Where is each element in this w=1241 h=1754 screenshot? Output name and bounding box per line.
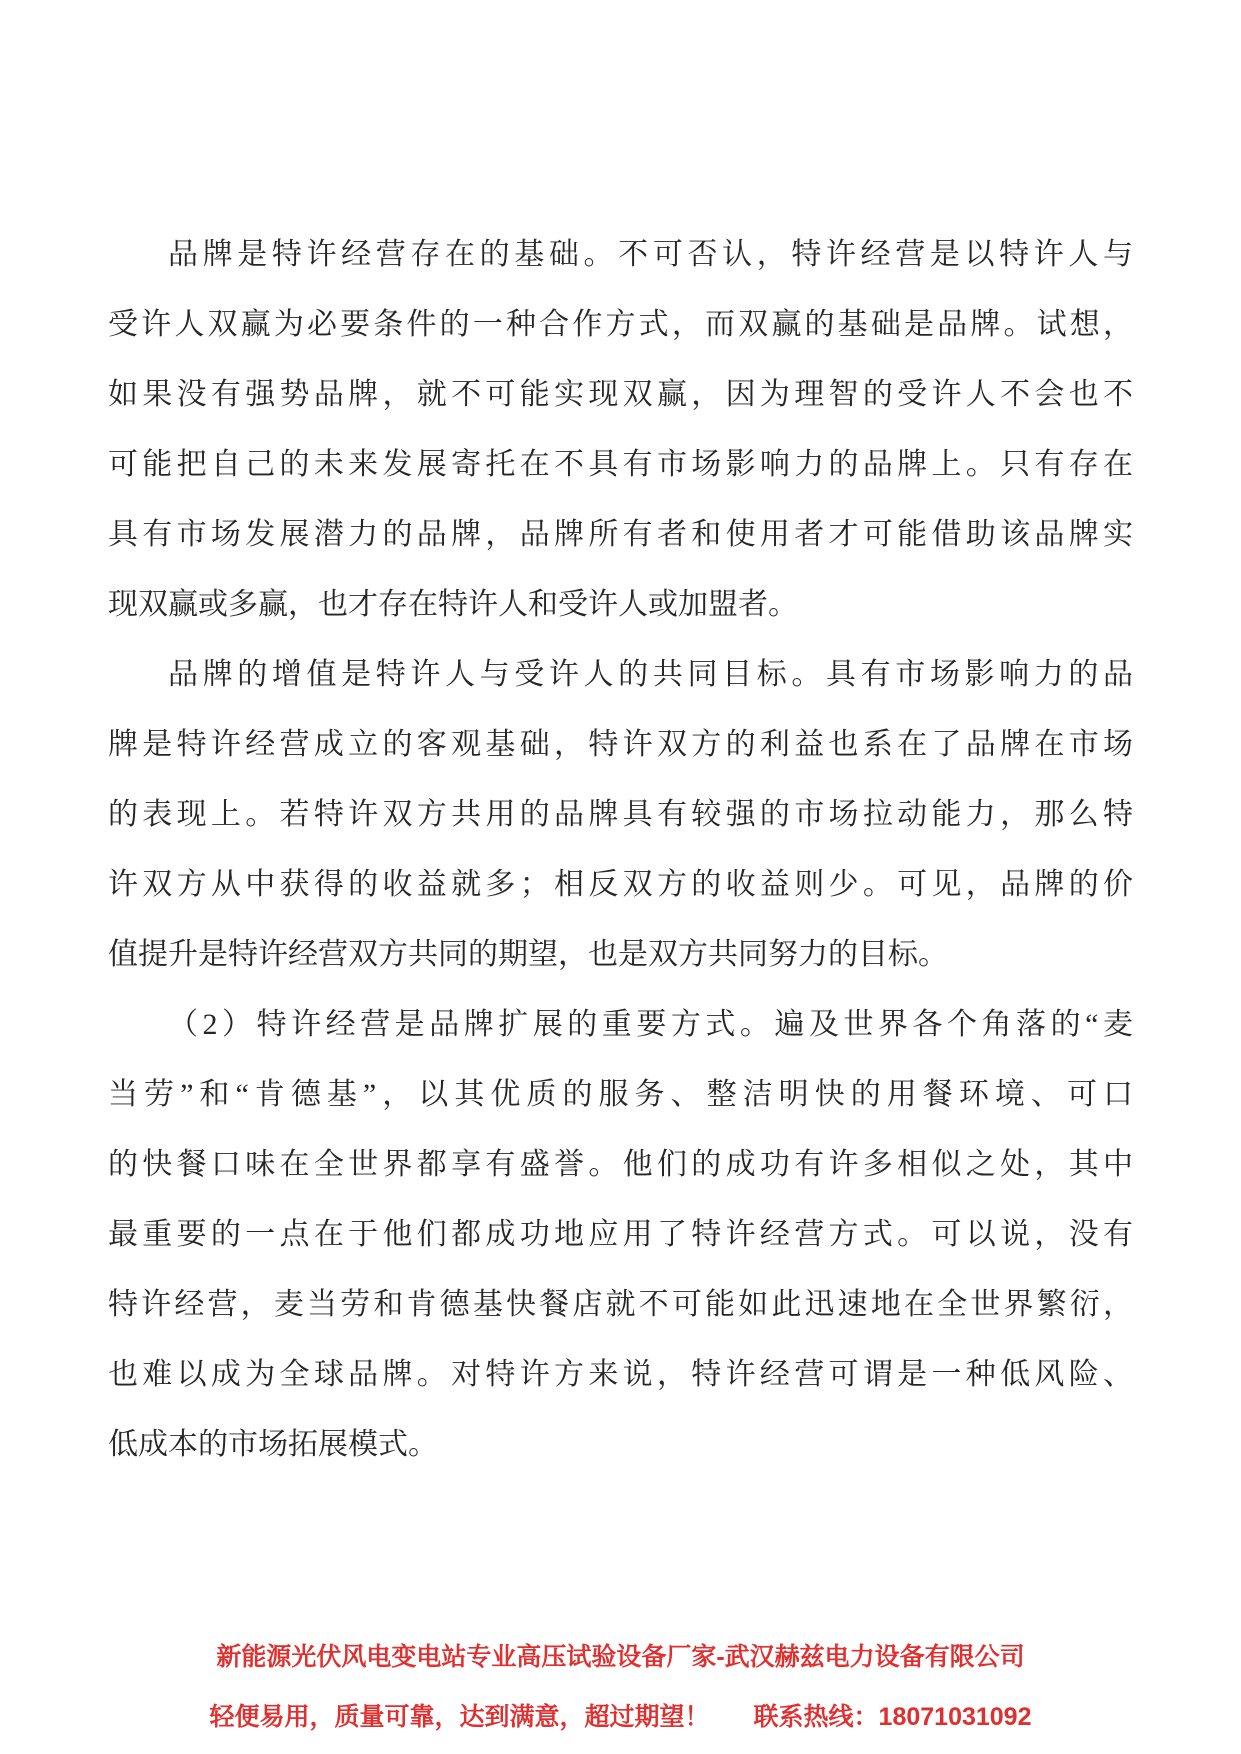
document-page: 品牌是特许经营存在的基础。不可否认，特许经营是以特许人与 受许人双赢为必要条件的… <box>0 0 1241 1754</box>
text-line: 当劳”和“肯德基”，以其优质的服务、整洁明快的用餐环境、可口 <box>108 1060 1133 1130</box>
text-line: 如果没有强势品牌，就不可能实现双赢，因为理智的受许人不会也不 <box>108 360 1133 430</box>
text-line: 牌是特许经营成立的客观基础，特许双方的利益也系在了品牌在市场 <box>108 710 1133 780</box>
page-footer: 新能源光伏风电变电站专业高压试验设备厂家-武汉赫兹电力设备有限公司 轻便易用，质… <box>0 1641 1241 1733</box>
text-line: 具有市场发展潜力的品牌，品牌所有者和使用者才可能借助该品牌实 <box>108 500 1133 570</box>
text-line: 品牌是特许经营存在的基础。不可否认，特许经营是以特许人与 <box>108 220 1133 290</box>
text-line: （2）特许经营是品牌扩展的重要方式。遍及世界各个角落的“麦 <box>108 990 1133 1060</box>
footer-company-banner: 新能源光伏风电变电站专业高压试验设备厂家-武汉赫兹电力设备有限公司 <box>206 1641 1036 1673</box>
paragraph-brand-expansion: （2）特许经营是品牌扩展的重要方式。遍及世界各个角落的“麦 当劳”和“肯德基”，… <box>108 990 1133 1480</box>
text-line: 受许人双赢为必要条件的一种合作方式，而双赢的基础是品牌。试想， <box>108 290 1133 360</box>
text-line: 值提升是特许经营双方共同的期望，也是双方共同努力的目标。 <box>108 920 1133 990</box>
footer-second-line: 轻便易用，质量可靠，达到满意，超过期望！ 联系热线：18071031092 <box>210 1701 1032 1733</box>
text-line: 现双赢或多赢，也才存在特许人和受许人或加盟者。 <box>108 570 1133 640</box>
text-line: 的表现上。若特许双方共用的品牌具有较强的市场拉动能力，那么特 <box>108 780 1133 850</box>
text-line: 低成本的市场拓展模式。 <box>108 1410 1133 1480</box>
text-line: 特许经营，麦当劳和肯德基快餐店就不可能如此迅速地在全世界繁衍， <box>108 1270 1133 1340</box>
footer-tagline: 轻便易用，质量可靠，达到满意，超过期望！ <box>210 1701 710 1733</box>
footer-hotline: 联系热线：18071031092 <box>754 1701 1032 1733</box>
text-line: 可能把自己的未来发展寄托在不具有市场影响力的品牌上。只有存在 <box>108 430 1133 500</box>
text-line: 品牌的增值是特许人与受许人的共同目标。具有市场影响力的品 <box>108 640 1133 710</box>
text-line: 的快餐口味在全世界都享有盛誉。他们的成功有许多相似之处，其中 <box>108 1130 1133 1200</box>
text-line: 最重要的一点在于他们都成功地应用了特许经营方式。可以说，没有 <box>108 1200 1133 1270</box>
paragraph-brand-value: 品牌的增值是特许人与受许人的共同目标。具有市场影响力的品 牌是特许经营成立的客观… <box>108 640 1133 990</box>
paragraph-brand-foundation: 品牌是特许经营存在的基础。不可否认，特许经营是以特许人与 受许人双赢为必要条件的… <box>108 220 1133 640</box>
document-body: 品牌是特许经营存在的基础。不可否认，特许经营是以特许人与 受许人双赢为必要条件的… <box>108 220 1133 1480</box>
text-line: 许双方从中获得的收益就多；相反双方的收益则少。可见，品牌的价 <box>108 850 1133 920</box>
text-line: 也难以成为全球品牌。对特许方来说，特许经营可谓是一种低风险、 <box>108 1340 1133 1410</box>
